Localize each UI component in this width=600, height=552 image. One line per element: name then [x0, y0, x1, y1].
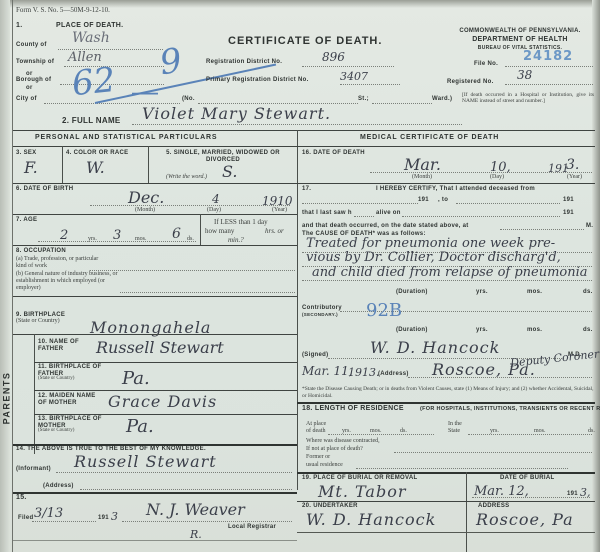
age-ds-unit: ds. [187, 236, 194, 242]
duration-label-2: (Duration) [396, 327, 428, 333]
residence-heading: 18. LENGTH OF RESIDENCE [302, 405, 404, 412]
cause-line-3 [302, 280, 592, 281]
usual-residence-line [356, 468, 568, 469]
age-label: 7. AGE [16, 217, 37, 223]
agency-line-1: Commonwealth of Pennsylvania. [445, 28, 595, 34]
residence-place-mos: mos. [370, 428, 382, 434]
row-rule-residence [297, 402, 595, 404]
registered-no-value: 38 [517, 68, 532, 82]
row-rule-dob [13, 183, 297, 184]
street-st-label: St.; [358, 96, 369, 102]
dob-month: Dec. [128, 188, 164, 207]
burial-year-prefix: 191 [567, 491, 578, 497]
cause-text-1: Treated for pneumonia one week pre- [306, 236, 555, 251]
medical-heading-rule [297, 146, 595, 147]
county-label: County of [16, 42, 47, 48]
residence-place-ds: ds. [400, 428, 407, 434]
filed-year-suffix: 3 [111, 510, 118, 523]
file-no-line [505, 66, 593, 67]
residence-state-yrs: yrs. [490, 428, 499, 434]
certify-text: I HEREBY CERTIFY, That I attended deceas… [376, 186, 535, 192]
last-saw-label: that I last saw h [302, 210, 352, 216]
usual-residence-label: usual residence [306, 462, 343, 468]
row-rule-occupation [13, 245, 297, 246]
row-rule-father-birthplace [34, 362, 297, 363]
margin-rule [12, 0, 13, 552]
burial-date-value: Mar. 12, [474, 484, 529, 499]
primary-district-line [340, 84, 400, 85]
city-label: City of [16, 96, 37, 102]
color-col-divider [148, 146, 149, 183]
row-rule-age [13, 214, 297, 215]
row-rule-undertaker [297, 501, 595, 502]
medical-address-label: (Address) [378, 371, 409, 377]
registered-no-line [505, 84, 593, 85]
in-the-label: In the [448, 421, 462, 427]
marital-hint: (Write the word.) [166, 174, 207, 180]
parents-divider [34, 334, 35, 454]
death-occurred-label: and that death occurred, on the date sta… [302, 223, 469, 229]
dob-line [90, 205, 290, 206]
occupation-label: 8. OCCUPATION [16, 248, 66, 254]
color-value: W. [86, 158, 105, 177]
cause-text-3: and child died from relapse of pneumonia [312, 265, 588, 280]
attended-to-line [456, 203, 560, 204]
contributory-code: 92B [366, 300, 402, 321]
informant-line [56, 472, 292, 473]
local-registrar-label: Local Registrar [228, 524, 276, 530]
row-rule-birthplace [13, 296, 297, 297]
duration-mos: mos. [527, 289, 542, 295]
row-rule-burial [297, 472, 595, 474]
registrar-line [122, 521, 292, 522]
duration-ds-2: ds. [583, 327, 593, 333]
informant-label: (Informant) [16, 466, 51, 472]
mother-birthplace-value: Pa. [126, 416, 154, 437]
cause-footnote: *State the Disease Causing Death; or in … [302, 386, 594, 400]
last-saw-pronoun-line [354, 216, 374, 217]
registration-district-label: Registration District No. [206, 59, 282, 65]
undertaker-label: 20. UNDERTAKER [302, 503, 358, 509]
attended-from-line [302, 203, 418, 204]
parents-section-label: PARENTS [18, 345, 32, 455]
signed-label: (Signed) [302, 352, 328, 358]
mother-maiden-value: Grace Davis [108, 392, 217, 411]
occupation-b-line [120, 292, 295, 293]
state-label: State [448, 428, 460, 434]
personal-heading: PERSONAL AND STATISTICAL PARTICULARS [35, 134, 217, 141]
attended-to-year: 191 [563, 197, 574, 203]
registration-district-line [302, 66, 394, 67]
burial-place-value: Mt. Tabor [318, 482, 406, 501]
occupation-a: (a) Trade, profession, or particular kin… [16, 256, 106, 270]
informant-address-line [80, 489, 292, 490]
dod-label: 16. DATE OF DEATH [302, 150, 365, 156]
alive-on-line [402, 216, 560, 217]
registered-no-label: Registered No. [447, 79, 494, 85]
where-contracted-label: Where was disease contracted, [306, 438, 380, 444]
dob-day: 4 [212, 192, 220, 206]
age-yrs-unit: yrs. [88, 236, 97, 242]
how-many: how many [205, 227, 234, 235]
dob-month-caption: (Month) [135, 207, 155, 213]
filing-section-number: 15. [16, 494, 27, 501]
divider-top [13, 130, 595, 131]
dod-month: Mar. [404, 155, 441, 174]
alive-on-year: 191 [563, 210, 574, 216]
duration-yrs-2: yrs. [476, 327, 488, 333]
duration-mos-2: mos. [527, 327, 542, 333]
color-label: 4. COLOR OR RACE [66, 150, 128, 156]
hospital-note: [If death occurred in a Hospital or Inst… [462, 92, 594, 104]
marital-value: S. [222, 162, 237, 181]
father-name-value: Russell Stewart [96, 338, 224, 357]
ward-line [372, 103, 432, 104]
file-no-label: File No. [474, 61, 498, 67]
sex-col-divider [62, 146, 63, 183]
dob-day-caption: (Day) [207, 207, 221, 213]
dod-day: 10, [490, 160, 511, 175]
father-birthplace-sub: (State or Country) [38, 376, 74, 381]
primary-district-label: Primary Registration District No. [206, 77, 309, 83]
birthplace-sub: (State or Country) [16, 318, 60, 324]
residence-state-mos: mos. [534, 428, 546, 434]
burial-year-suffix: 3, [580, 486, 591, 499]
age-days: 6 [172, 226, 181, 242]
father-name-label: 10. NAME OF FATHER [38, 339, 88, 353]
dob-year-caption: (Year) [272, 207, 287, 213]
certify-number: 17. [302, 186, 311, 192]
borough-value: 62 [70, 60, 117, 104]
agency-line-2: DEPARTMENT OF HEALTH [445, 36, 595, 43]
primary-district-value: 3407 [340, 70, 368, 83]
medical-heading: MEDICAL CERTIFICATE OF DEATH [360, 134, 499, 141]
certificate-title: CERTIFICATE OF DEATH. [228, 35, 382, 47]
signed-year: 1913. [348, 366, 380, 379]
or-label-2: or [26, 85, 33, 91]
page-right-edge [592, 0, 600, 552]
signed-date: Mar. 11, [302, 364, 353, 378]
county-value: Wash [72, 30, 110, 46]
column-divider [297, 130, 298, 490]
residence-place-line [328, 434, 434, 435]
overlay-mark-9: 9 [157, 41, 184, 84]
township-label: Township of [16, 59, 54, 65]
informant-value: Russell Stewart [74, 452, 217, 471]
of-death-label: of death [306, 428, 326, 434]
dob-label: 6. DATE OF BIRTH [16, 186, 73, 192]
row-rule-mother-birthplace [34, 414, 297, 415]
alive-on-label: alive on [376, 210, 401, 216]
row-rule-filing [13, 492, 297, 494]
full-name-label: 2. FULL NAME [62, 116, 121, 125]
age-months: 3 [113, 228, 121, 243]
age-mos-unit: mos. [135, 236, 147, 242]
registrar-signature: N. J. Weaver [146, 500, 245, 519]
former-label: Former or [306, 454, 330, 460]
dod-year-suffix: 3. [566, 157, 579, 173]
death-time-m: M. [586, 223, 593, 229]
burial-place-label: 19. PLACE OF BURIAL OR REMOVAL [302, 475, 417, 481]
informant-address-label: (Address) [43, 483, 74, 489]
filed-date: 3/13 [34, 506, 63, 521]
contributory-label: Contributory [302, 305, 342, 311]
contracted-line [394, 452, 592, 453]
at-place-label: At place [306, 421, 326, 427]
signed-value: W. D. Hancock [370, 338, 500, 357]
residence-state-ds: ds. [588, 428, 595, 434]
undertaker-address-label: ADDRESS [478, 503, 509, 509]
page-left-edge [0, 0, 10, 552]
death-certificate: Form V. S. No. 5—50M-9-12-10. 1. PLACE O… [0, 0, 600, 552]
undertaker-bottom-rule [297, 532, 595, 533]
registration-district-value: 896 [322, 50, 345, 64]
row-rule-parents [13, 334, 297, 335]
row-rule-certify [297, 183, 595, 184]
row-rule-mother-maiden [34, 390, 297, 391]
burial-col-divider [466, 472, 467, 552]
dod-day-caption: (Day) [490, 174, 504, 180]
occupation-b: (b) General nature of industry business,… [16, 271, 122, 292]
sex-label: 3. SEX [16, 150, 36, 156]
cause-text-2: vious by Dr. Collier, Doctor discharg'd, [306, 250, 561, 265]
full-name-line [132, 124, 462, 125]
duration-ds: ds. [583, 289, 593, 295]
less-than-day: If LESS than 1 day [214, 218, 268, 226]
filed-year-prefix: 191 [98, 515, 109, 521]
undertaker-address-value: Roscoe, Pa [476, 510, 574, 529]
street-no-label: (No. [182, 96, 195, 102]
dod-month-caption: (Month) [412, 174, 432, 180]
mother-maiden-label: 12. MAIDEN NAME OF MOTHER [38, 393, 102, 407]
medical-address-value: Roscoe, Pa. [432, 360, 536, 379]
duration-label: (Duration) [396, 289, 428, 295]
personal-heading-rule [13, 146, 297, 147]
residence-heading-sub: (For Hospitals, Institutions, Transients… [420, 406, 600, 412]
min: min.? [228, 236, 244, 244]
contributory-sub: (Secondary.) [302, 312, 338, 317]
place-of-death-heading: PLACE OF DEATH. [56, 22, 123, 29]
age-col-divider [200, 214, 201, 245]
father-birthplace-value: Pa. [122, 368, 150, 389]
hrs-or: hrs. or [265, 227, 284, 235]
mother-birthplace-sub: (State or Country) [38, 428, 74, 433]
attended-from-year: 191 [418, 197, 429, 203]
borough-label: Borough of [16, 77, 51, 83]
if-not-label: If not at place of death? [306, 446, 363, 452]
undertaker-value: W. D. Hancock [306, 510, 436, 529]
residence-state-line [468, 434, 592, 435]
ward-label: Ward.) [432, 96, 452, 102]
filed-date-line [32, 521, 96, 522]
file-no-value: 24182 [523, 49, 573, 64]
dob-year: 1910 [262, 194, 293, 208]
burial-date-label: DATE OF BURIAL [500, 475, 554, 481]
sex-value: F. [24, 158, 38, 177]
attended-to-label: , to [438, 197, 448, 203]
filing-bottom-rule [13, 540, 297, 541]
duration-yrs: yrs. [476, 289, 488, 295]
section-1-number: 1. [16, 22, 22, 29]
death-time-line [500, 229, 584, 230]
age-years: 2 [60, 228, 68, 243]
form-number: Form V. S. No. 5—50M-9-12-10. [16, 6, 110, 14]
full-name-value: Violet Mary Stewart. [142, 104, 331, 123]
residence-place-yrs: yrs. [342, 428, 351, 434]
dod-year-caption: (Year) [567, 174, 582, 180]
